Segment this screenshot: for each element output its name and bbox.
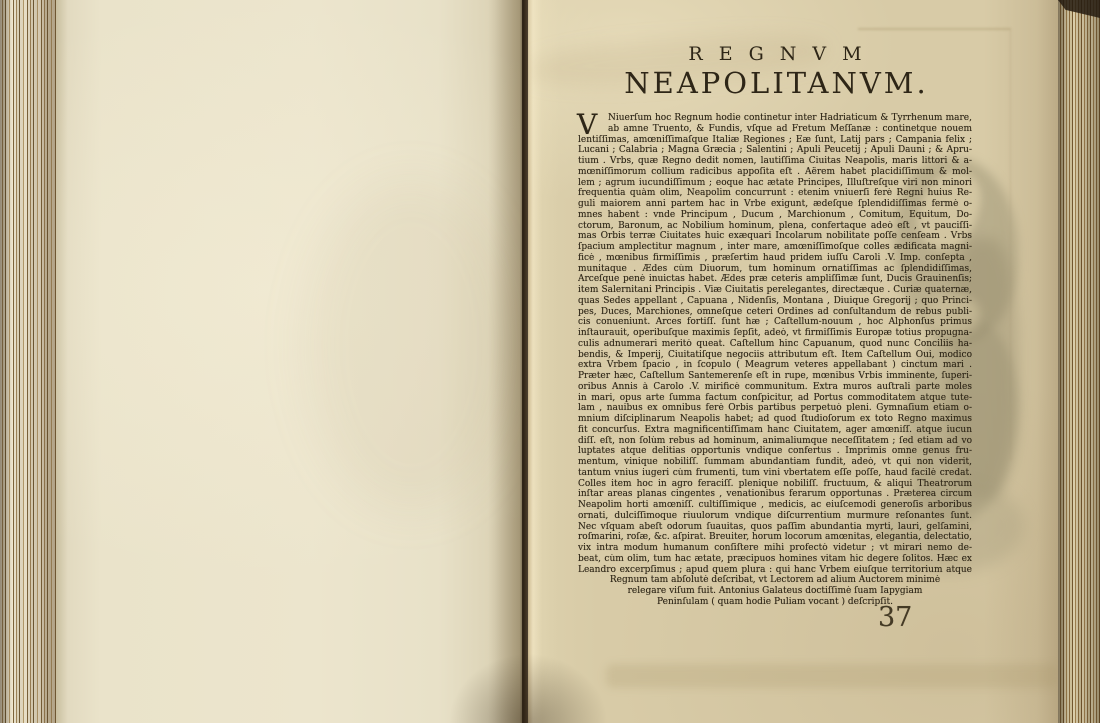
text-line: Peninſulam ( quam hodie Puliam vocant ) … <box>578 597 972 608</box>
body-text: V Niuerſum hoc Regnum hodie continetur i… <box>578 113 972 608</box>
text-line: ab amne Truento, & Fundis, vſque ad Fret… <box>578 124 972 135</box>
text-line: pes, Duces, Marchiones, omneſque ceteri … <box>578 307 972 318</box>
right-fore-edge-pages <box>1058 0 1100 723</box>
text-line: tantum vnius iugeri cùm frumenti, tum vi… <box>578 468 972 479</box>
text-line: beat, cùm olim, tum hac ætate, præcipuos… <box>578 554 972 565</box>
drop-cap: V <box>577 113 597 136</box>
text-line: Neapolim horti amœniſſ. cultiſſimique , … <box>578 500 972 511</box>
text-line: mœniſſimorum collium radicibus appoſita … <box>578 167 972 178</box>
text-line: inſtaurauit, operibuſque maximis ſepſit,… <box>578 328 972 339</box>
text-line: Arceſque penè inuictas habet. Ædes præ c… <box>578 274 972 285</box>
text-line: ornati, dulciſſimoque riuulorum vndique … <box>578 511 972 522</box>
blank-left-page <box>56 0 522 723</box>
text-line: Nec vſquam abeſt odorum ſuauitas, quos p… <box>578 522 972 533</box>
page-title-neapolitanum: NEAPOLITANVM. <box>578 69 975 98</box>
text-line: vix intra modum humanum conſiſtere mihi … <box>578 543 972 554</box>
text-line: Præter hæc, Caſtellum Santemerenſe eſt i… <box>578 371 972 382</box>
text-line: extra Vrbem ſpacio , in ſcopulo ( Meagru… <box>578 360 972 371</box>
text-line: lentiſſimas, amœniſſimaſque Italiæ Regio… <box>578 135 972 146</box>
text-line: Colles item hoc in agro feraciſſ. pleniq… <box>578 479 972 490</box>
text-line: Lucani ; Calabria ; Magna Græcia ; Salen… <box>578 145 972 156</box>
text-line: frequentia quàm olim, Neapolim concurrun… <box>578 188 972 199</box>
text-line: guli maiorem anni partem hac in Vrbe exi… <box>578 199 972 210</box>
text-line: ſpacium amplectitur magnum , inter mare,… <box>578 242 972 253</box>
text-line: mnium diſciplinarum Neapolis habet; ad q… <box>578 414 972 425</box>
text-line: ctorum, Baronum, ac Nobilium hominum, pl… <box>578 221 972 232</box>
text-line: Niuerſum hoc Regnum hodie continetur int… <box>578 113 972 124</box>
open-book-scan: REGNVM NEAPOLITANVM. V Niuerſum hoc Regn… <box>0 0 1100 723</box>
text-line: ficè , mœnibus firmiſſimis , præſertim h… <box>578 253 972 264</box>
page-number: 37 <box>878 602 912 633</box>
text-line: cis conueniunt. Arces fortiſſ. ſunt hæ ;… <box>578 317 972 328</box>
text-line: diſſ. eſt, non ſolùm rebus ad hominum, a… <box>578 436 972 447</box>
text-line: munitaque . Ædes cùm Diuorum, tum hominu… <box>578 264 972 275</box>
text-line: in mari, opus arte ſumma factum conſpici… <box>578 393 972 404</box>
paper-smudge <box>306 180 516 510</box>
page-title-regnum: REGNVM <box>578 45 988 64</box>
left-fore-edge-pages <box>0 0 56 723</box>
text-line: luptates atque delitias opportunis vndiq… <box>578 446 972 457</box>
text-line: inſtar areas planas cingentes , venation… <box>578 489 972 500</box>
text-right-page: REGNVM NEAPOLITANVM. V Niuerſum hoc Regn… <box>528 0 1058 723</box>
text-line: mas Orbis terræ Ciuitates huic exæquari … <box>578 231 972 242</box>
text-line: quas Sedes appellant , Capuana , Nidenſi… <box>578 296 972 307</box>
text-line: lam , nauibus ex omnibus ferè Orbis part… <box>578 403 972 414</box>
show-through-band <box>606 664 1058 688</box>
text-line: relegare viſum fuit. Antonius Galateus d… <box>578 586 972 597</box>
text-line: mentum, vinique nobiliſſ. ſummam abundan… <box>578 457 972 468</box>
text-line: bendis, & Imperij, Ciuitatiſque negociis… <box>578 350 972 361</box>
text-line: roſmarini, roſæ, &c. aſpirat. Breuiter, … <box>578 532 972 543</box>
text-line: tium . Vrbs, quæ Regno dedit nomen, laut… <box>578 156 972 167</box>
page-text-block: REGNVM NEAPOLITANVM. V Niuerſum hoc Regn… <box>578 0 972 608</box>
text-line: Regnum tam abſolutè deſcribat, vt Lector… <box>578 575 972 586</box>
text-line: lem ; agrum iucundiſſimum ; eoque hac æt… <box>578 178 972 189</box>
body-lines: Niuerſum hoc Regnum hodie continetur int… <box>578 113 972 575</box>
text-line: item Salernitani Principis . Viæ Ciuitat… <box>578 285 972 296</box>
closing-lines: Regnum tam abſolutè deſcribat, vt Lector… <box>578 575 972 607</box>
text-line: fit concurſus. Extra magnificentiſſimam … <box>578 425 972 436</box>
text-line: mnes habent : vnde Principum , Ducum , M… <box>578 210 972 221</box>
text-line: Leandro excerpſimus ; apud quem plura : … <box>578 565 972 576</box>
text-line: oribus Annis à Carolo .V. mirificè commu… <box>578 382 972 393</box>
text-line: culis adnumerari meritò queat. Caſtellum… <box>578 339 972 350</box>
